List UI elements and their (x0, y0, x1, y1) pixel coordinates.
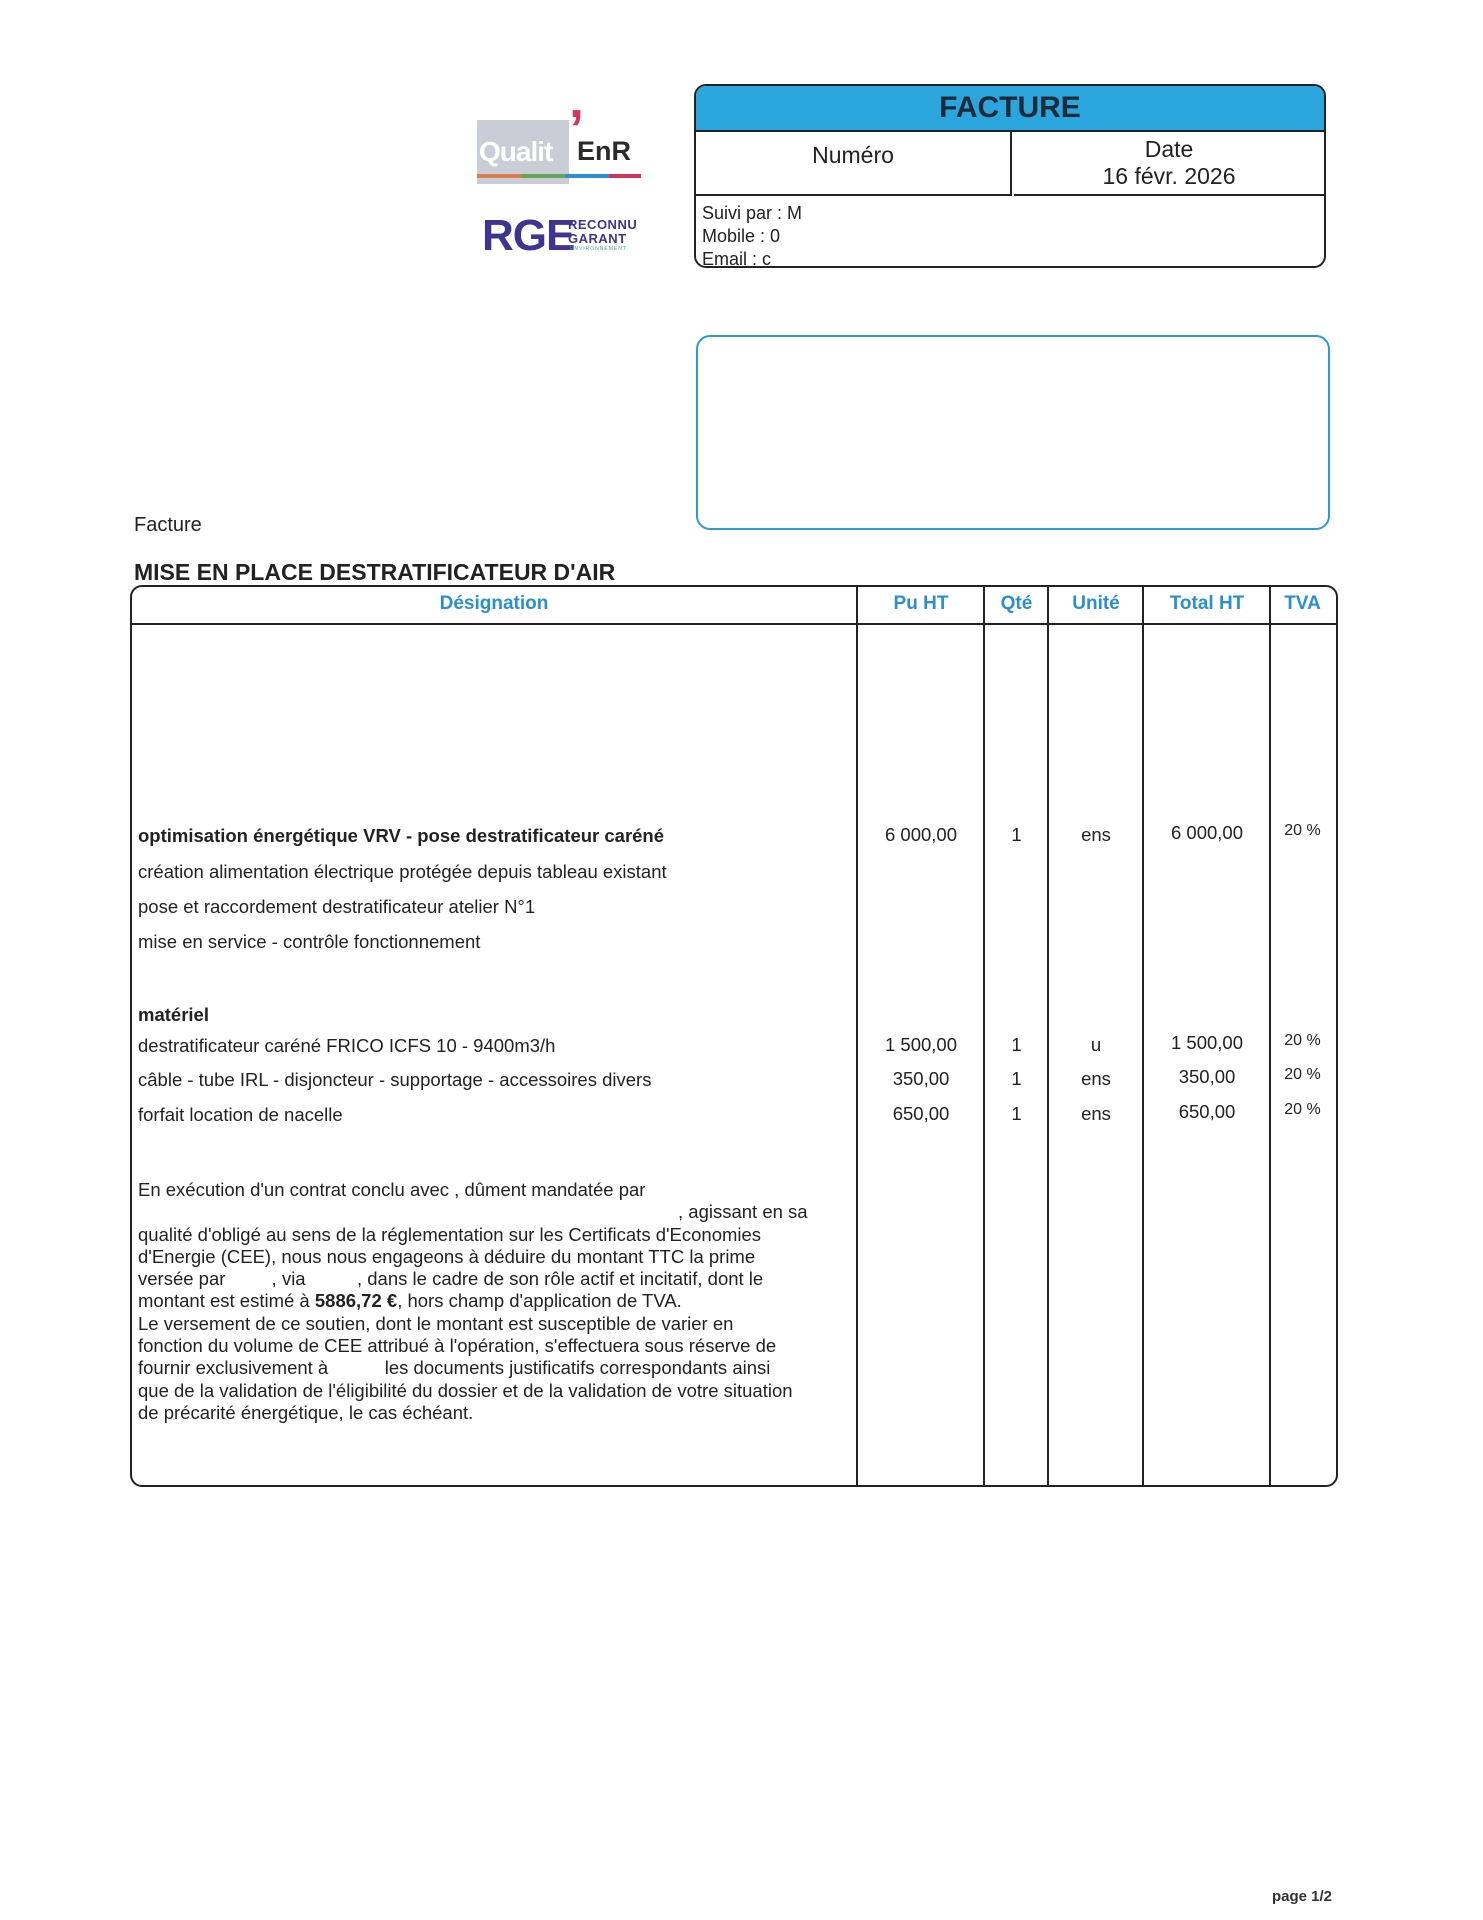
qualit-bar-blue (565, 174, 609, 178)
document-type: Facture (134, 514, 202, 537)
invoice-number-label: Numéro (696, 140, 1010, 170)
page-number: page 1/2 (1272, 1888, 1332, 1905)
row-unite: ens (1049, 824, 1143, 846)
followed-by: Suivi par : M (702, 202, 802, 225)
row-tva: 20 % (1271, 1032, 1334, 1050)
cee-line: de précarité énergétique, le cas échéant… (138, 1402, 873, 1424)
row-qte: 1 (985, 1068, 1048, 1090)
rge-logo-text: RGE (482, 214, 574, 258)
invoice-header-box: FACTURE Numéro Date 16 févr. 2026 Suivi … (694, 84, 1326, 268)
email: Email : c (702, 248, 802, 268)
row-pu-ht: 6 000,00 (858, 824, 984, 846)
cee-amount: 5886,72 € (315, 1290, 397, 1311)
cee-text: , hors champ d'application de TVA. (397, 1290, 682, 1311)
col-pu-ht: Pu HT (858, 587, 984, 623)
row-pu-ht: 350,00 (858, 1068, 984, 1090)
row-unite: ens (1049, 1068, 1143, 1090)
rge-logo: RGE RECONNU GARANT ENVIRONNEMENT (482, 214, 642, 264)
cee-line: En exécution d'un contrat conclu avec , … (138, 1179, 873, 1201)
row-qte: 1 (985, 824, 1048, 846)
col-tva: TVA (1271, 587, 1334, 623)
row-designation: mise en service - contrôle fonctionnemen… (138, 931, 480, 953)
qualit-bar-pink (609, 174, 641, 178)
cee-line: , agissant en sa (138, 1201, 873, 1223)
row-designation: câble - tube IRL - disjoncteur - support… (138, 1069, 651, 1091)
row-designation: destratificateur caréné FRICO ICFS 10 - … (138, 1035, 555, 1057)
qualit-bar-green (521, 174, 565, 178)
invoice-date-label: Date (1014, 136, 1324, 163)
row-unite: u (1049, 1034, 1143, 1056)
row-qte: 1 (985, 1103, 1048, 1125)
qualit-logo-enr: EnR (577, 136, 631, 167)
row-total-ht: 1 500,00 (1144, 1032, 1270, 1054)
row-designation: matériel (138, 1004, 209, 1026)
row-designation: pose et raccordement destratificateur at… (138, 896, 535, 918)
invoice-date-value: 16 févr. 2026 (1014, 163, 1324, 190)
contact-info: Suivi par : M Mobile : 0 Email : c (702, 202, 802, 268)
col-qte: Qté (985, 587, 1048, 623)
document-title: MISE EN PLACE DESTRATIFICATEUR D'AIR (134, 559, 615, 586)
row-pu-ht: 650,00 (858, 1103, 984, 1125)
rge-reconnu: RECONNU (568, 218, 637, 231)
invoice-title: FACTURE (696, 86, 1324, 132)
rge-garant: GARANT (568, 232, 627, 245)
row-designation: forfait location de nacelle (138, 1104, 343, 1126)
row-tva: 20 % (1271, 822, 1334, 840)
col-total-ht: Total HT (1144, 587, 1270, 623)
cee-notice: En exécution d'un contrat conclu avec , … (138, 1179, 873, 1424)
cee-line: que de la validation de l'éligibilité du… (138, 1380, 873, 1402)
cee-line: montant est estimé à 5886,72 €, hors cha… (138, 1290, 873, 1312)
invoice-table: Désignation Pu HT Qté Unité Total HT TVA… (130, 585, 1338, 1487)
qualit-logo-text: Qualit (479, 136, 552, 168)
cee-line: Le versement de ce soutien, dont le mont… (138, 1313, 873, 1335)
client-address-box (696, 335, 1330, 530)
row-designation: optimisation énergétique VRV - pose dest… (138, 825, 664, 847)
col-designation: Désignation (132, 587, 856, 623)
row-total-ht: 6 000,00 (1144, 822, 1270, 844)
invoice-date-cell: Date 16 févr. 2026 (1014, 132, 1324, 196)
cee-line: d'Energie (CEE), nous nous engageons à d… (138, 1246, 873, 1268)
rge-environnement: ENVIRONNEMENT (570, 246, 627, 252)
qualit-enr-logo: Qualit ’ EnR (477, 104, 645, 188)
cee-line: fournir exclusivement à les documents ju… (138, 1357, 873, 1379)
qualit-bar-orange (477, 174, 521, 178)
row-qte: 1 (985, 1034, 1048, 1056)
row-total-ht: 350,00 (1144, 1066, 1270, 1088)
col-unite: Unité (1049, 587, 1143, 623)
row-pu-ht: 1 500,00 (858, 1034, 984, 1056)
row-unite: ens (1049, 1103, 1143, 1125)
invoice-number-cell: Numéro (696, 132, 1012, 196)
table-header: Désignation Pu HT Qté Unité Total HT TVA (132, 587, 1336, 625)
mobile: Mobile : 0 (702, 225, 802, 248)
row-designation: création alimentation électrique protégé… (138, 861, 667, 883)
cee-line: qualité d'obligé au sens de la réglement… (138, 1224, 873, 1246)
row-tva: 20 % (1271, 1066, 1334, 1084)
cee-text: montant est estimé à (138, 1290, 315, 1311)
cee-line: fonction du volume de CEE attribué à l'o… (138, 1335, 873, 1357)
cee-line: versée par , via , dans le cadre de son … (138, 1268, 873, 1290)
row-total-ht: 650,00 (1144, 1101, 1270, 1123)
row-tva: 20 % (1271, 1101, 1334, 1119)
